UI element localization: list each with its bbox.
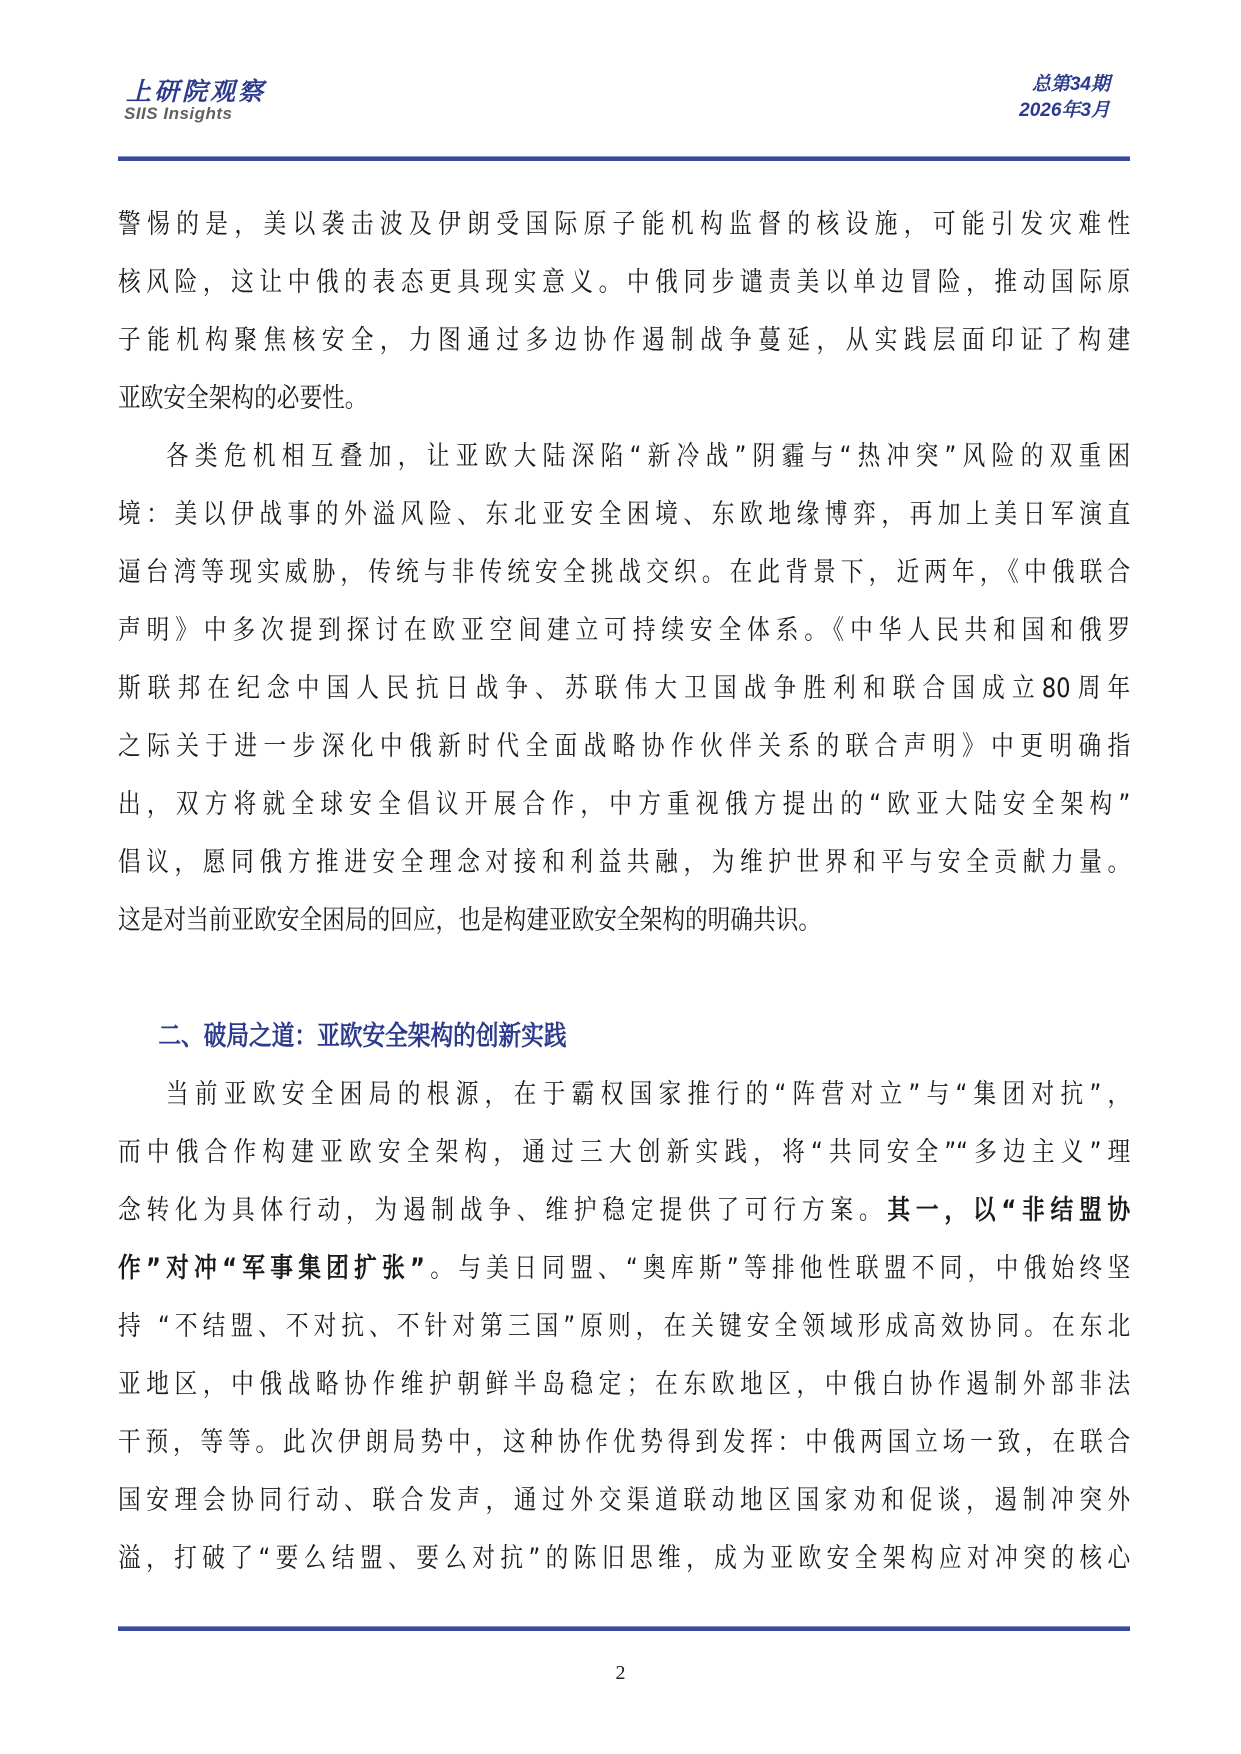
issue-date: 2026年3月 (1019, 98, 1110, 124)
text-line: 持 “不结盟、不对抗、不针对第三国”原则，在关键安全领域形成高效协同。在东北 (118, 1298, 1130, 1356)
text-line: 国安理会协同行动、联合发声，通过外交渠道联动地区国家劝和促谈，遏制冲突外 (118, 1472, 1130, 1530)
header-divider (118, 156, 1130, 161)
text-line: 各类危机相互叠加，让亚欧大陆深陷“新冷战”阴霾与“热冲突”风险的双重困 (118, 428, 1130, 486)
footer-divider (118, 1626, 1130, 1631)
text-line: 核风险，这让中俄的表态更具现实意义。中俄同步谴责美以单边冒险，推动国际原 (118, 254, 1130, 312)
text-line: 境：美以伊战事的外溢风险、东北亚安全困境、东欧地缘博弈，再加上美日军演直 (118, 486, 1130, 544)
text-run: 。与美日同盟、“奥库斯”等排他性联盟不同，中俄始终坚 (425, 1253, 1130, 1284)
text-line: 溢，打破了“要么结盟、要么对抗”的陈旧思维，成为亚欧安全架构应对冲突的核心 (118, 1530, 1130, 1588)
text-line: 出，双方将就全球安全倡议开展合作，中方重视俄方提出的“欧亚大陆安全架构” (118, 776, 1130, 834)
text-line: 之际关于进一步深化中俄新时代全面战略协作伙伴关系的联合声明》中更明确指 (118, 718, 1130, 776)
text-line: 而中俄合作构建亚欧安全架构，通过三大创新实践，将“共同安全”“多边主义”理 (118, 1124, 1130, 1182)
brand-title-cn: 上研院观察 (126, 72, 266, 108)
text-line: 逼台湾等现实威胁，传统与非传统安全挑战交织。在此背景下，近两年，《中俄联合 (118, 544, 1130, 602)
text-line: 干预，等等。此次伊朗局势中，这种协作优势得到发挥：中俄两国立场一致，在联合 (118, 1414, 1130, 1472)
text-line: 斯联邦在纪念中国人民抗日战争、苏联伟大卫国战争胜利和联合国成立80周年 (118, 660, 1130, 718)
article-body: 警惕的是，美以袭击波及伊朗受国际原子能机构监督的核设施，可能引发灾难性 核风险，… (118, 196, 1130, 1588)
paragraph-2: 各类危机相互叠加，让亚欧大陆深陷“新冷战”阴霾与“热冲突”风险的双重困 境：美以… (118, 428, 1130, 950)
bold-emphasis: 作”对冲“军事集团扩张” (118, 1253, 425, 1284)
section-spacer (118, 950, 1130, 1008)
paragraph-1: 警惕的是，美以袭击波及伊朗受国际原子能机构监督的核设施，可能引发灾难性 核风险，… (118, 196, 1130, 428)
text-line-mixed: 念转化为具体行动，为遏制战争、维护稳定提供了可行方案。其一，以“非结盟协 (118, 1182, 1130, 1240)
text-line: 警惕的是，美以袭击波及伊朗受国际原子能机构监督的核设施，可能引发灾难性 (118, 196, 1130, 254)
text-line: 亚地区，中俄战略协作维护朝鲜半岛稳定；在东欧地区，中俄白协作遏制外部非法 (118, 1356, 1130, 1414)
bold-emphasis: 其一，以“非结盟协 (887, 1195, 1130, 1226)
text-line: 这是对当前亚欧安全困局的回应，也是构建亚欧安全架构的明确共识。 (118, 892, 1130, 950)
text-line: 亚欧安全架构的必要性。 (118, 370, 1130, 428)
page-number: 2 (0, 1662, 1241, 1685)
section-heading: 二、破局之道：亚欧安全架构的创新实践 (118, 1008, 968, 1066)
text-line: 当前亚欧安全困局的根源，在于霸权国家推行的“阵营对立”与“集团对抗”， (118, 1066, 1130, 1124)
issue-info: 总第34期 2026年3月 (1019, 72, 1110, 124)
issue-number: 总第34期 (1019, 72, 1110, 98)
text-run: 念转化为具体行动，为遏制战争、维护稳定提供了可行方案。 (118, 1195, 887, 1226)
brand-title-en: SIIS Insights (124, 104, 233, 124)
text-line-mixed: 作”对冲“军事集团扩张”。与美日同盟、“奥库斯”等排他性联盟不同，中俄始终坚 (118, 1240, 1130, 1298)
text-line: 倡议，愿同俄方推进安全理念对接和利益共融，为维护世界和平与安全贡献力量。 (118, 834, 1130, 892)
paragraph-3: 当前亚欧安全困局的根源，在于霸权国家推行的“阵营对立”与“集团对抗”， 而中俄合… (118, 1066, 1130, 1588)
text-line: 声明》中多次提到探讨在欧亚空间建立可持续安全体系。《中华人民共和国和俄罗 (118, 602, 1130, 660)
text-line: 子能机构聚焦核安全，力图通过多边协作遏制战争蔓延，从实践层面印证了构建 (118, 312, 1130, 370)
page-header: 上研院观察 SIIS Insights 总第34期 2026年3月 (118, 70, 1130, 160)
